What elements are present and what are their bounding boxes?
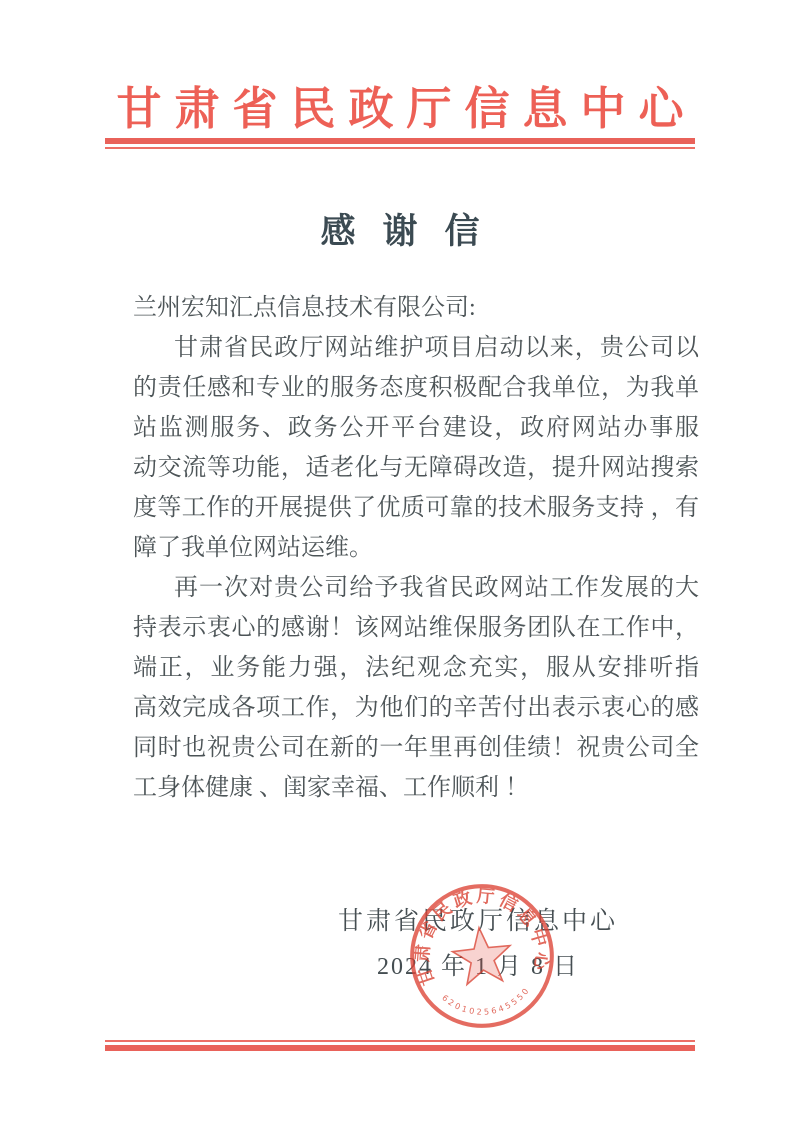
body-line: 动交流等功能，适老化与无障碍改造，提升网站搜索精准 — [133, 448, 699, 488]
letter-title: 感谢信 — [0, 204, 800, 254]
divider-thin-bar — [105, 147, 695, 149]
letterhead-org-name: 甘肃省民政厅信息中心 — [0, 72, 800, 137]
footer-divider — [105, 1040, 695, 1051]
body-line: 同时也祝贵公司在新的一年里再创佳绩！祝贵公司全体员 — [133, 728, 699, 768]
svg-text:6201025645550: 6201025645550 — [440, 984, 535, 1022]
salutation: 兰州宏知汇点信息技术有限公司: — [133, 288, 699, 328]
body-line: 高效完成各项工作，为他们的辛苦付出表示衷心的感谢！ — [133, 688, 699, 728]
body-line: 站监测服务、政务公开平台建设，政府网站办事服务、互 — [133, 408, 699, 448]
letterhead-divider — [105, 138, 695, 149]
body-line: 持表示衷心的感谢！该网站维保服务团队在工作中，态度 — [133, 608, 699, 648]
body-line: 端正，业务能力强，法纪观念充实，服从安排听指挥，能 — [133, 648, 699, 688]
body-line: 再一次对贵公司给予我省民政网站工作发展的大力支 — [133, 568, 699, 608]
seal-code: 6201025645550 — [440, 984, 535, 1022]
body-line: 工身体健康 、闺家幸福、工作顺利 ！ — [133, 768, 699, 808]
letter-page: 甘肃省民政厅信息中心 感谢信 兰州宏知汇点信息技术有限公司: 甘肃省民政厅网站维… — [0, 0, 800, 1131]
divider-thick-bar — [105, 1045, 695, 1051]
signature-org-name: 甘肃省民政厅信息中心 — [287, 901, 669, 937]
letter-body: 兰州宏知汇点信息技术有限公司: 甘肃省民政厅网站维护项目启动以来，贵公司以高度 … — [133, 288, 699, 808]
body-line: 甘肃省民政厅网站维护项目启动以来，贵公司以高度 — [133, 328, 699, 368]
body-line: 的责任感和专业的服务态度积极配合我单位，为我单位网 — [133, 368, 699, 408]
signature-date: 2024 年 1 月 8 日 — [287, 946, 669, 981]
body-line: 障了我单位网站运维。 — [133, 528, 699, 568]
body-line: 度等工作的开展提供了优质可靠的技术服务支持 ，有效保 — [133, 488, 699, 528]
